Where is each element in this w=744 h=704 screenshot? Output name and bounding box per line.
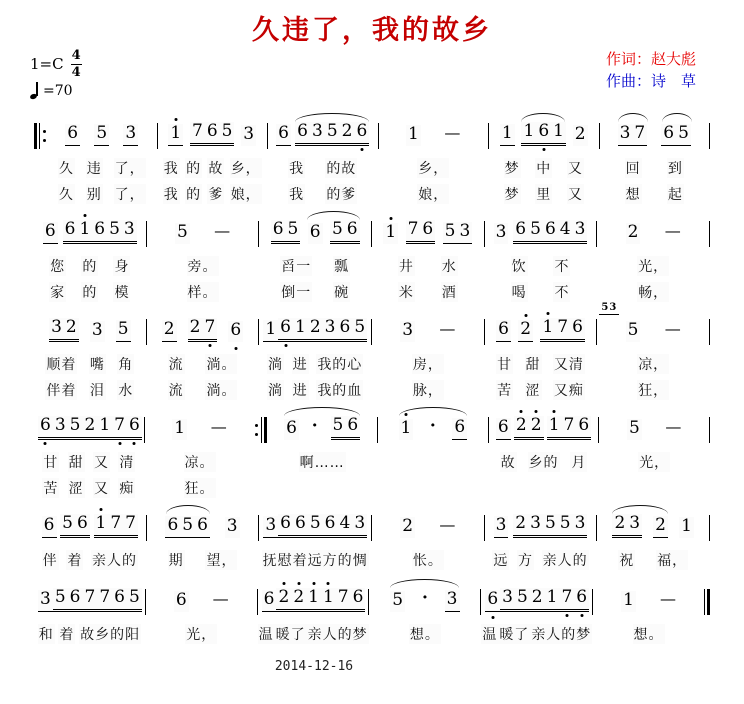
note-digit: 3 <box>500 588 515 608</box>
lyric-row: 喝不 <box>485 279 597 305</box>
lyric-row: 乡， <box>379 155 489 181</box>
note-digit: 6 <box>38 416 53 436</box>
notes-row: 6352176 <box>481 577 592 621</box>
measure: 6221176温暖了亲人的梦 <box>258 577 369 647</box>
note-digit: 1 <box>97 416 112 436</box>
note-digit: 2 <box>276 588 291 608</box>
measure: 6352176温暖了亲人的梦 <box>481 577 592 647</box>
lyric-syllable: 想 <box>625 184 642 204</box>
lyric-syllable: 嘴 <box>89 354 106 374</box>
lyric-syllable: 又清 <box>553 354 585 374</box>
notes-row: 3765 <box>600 111 710 155</box>
measure: 3—房，脉， <box>372 307 484 403</box>
lyric-row: 苦涩又痴 <box>34 475 144 501</box>
low-octave-dot <box>360 148 363 151</box>
lyric-syllable: 故 <box>207 158 224 178</box>
system: 6352176甘甜又清苦涩又痴1—凉。狂。6·56啊……1·6622176故乡的… <box>34 405 710 501</box>
note-digit: 3 <box>49 318 64 338</box>
lyric-row: 舀一瓢 <box>259 253 371 279</box>
note-group: 2 <box>518 320 533 342</box>
low-octave-dot <box>208 344 211 347</box>
note-group: 1 <box>500 124 515 146</box>
note-digit: 7 <box>123 514 138 534</box>
notes-row: 2— <box>597 209 709 253</box>
note-digit: 2 <box>308 318 323 338</box>
publish-date: 2014-12-16 <box>0 659 686 674</box>
dash-note: — <box>213 591 229 607</box>
note-digit: 6 <box>278 318 293 338</box>
lyric-syllable: 爹 <box>207 184 224 204</box>
lyric-syllable: 梦 <box>504 184 521 204</box>
lyric-row: 我的故乡， <box>158 155 268 181</box>
lyric-syllable: 和 <box>38 624 55 644</box>
slur-arc <box>307 211 360 220</box>
note-group: 6 <box>452 418 467 440</box>
system: 661653您的身家的模5—旁。样。65656舀一瓢倒一碗17653井水米酒36… <box>34 209 710 305</box>
lyric-syllable: 进 <box>292 380 309 400</box>
notes-row: 1— <box>379 111 489 155</box>
note-group: 1 <box>168 124 183 146</box>
measure: 365643饮不喝不 <box>485 209 597 305</box>
lyric-row: 想。 <box>593 621 704 647</box>
low-octave-dot <box>491 616 494 619</box>
augmentation-dot: · <box>430 416 436 436</box>
lyric-syllable: 顺着 <box>45 354 77 374</box>
note-digit: 1 <box>172 419 187 439</box>
lyric-syllable: 的 <box>185 184 202 204</box>
note-digit: 6 <box>278 514 293 534</box>
note-digit: 6 <box>276 124 291 144</box>
lyric-syllable: 淌。 <box>205 380 237 400</box>
note-digit: 2 <box>653 516 668 536</box>
note-digit: 2 <box>64 318 79 338</box>
note-group: 352176 <box>500 588 589 612</box>
high-octave-dot <box>546 312 549 315</box>
note-group: 63526 <box>295 122 369 146</box>
lyric-syllable: 畅， <box>637 282 669 302</box>
note-digit: 6 <box>351 588 366 608</box>
lyric-syllable: 碗 <box>333 282 350 302</box>
note-digit: 6 <box>63 220 78 240</box>
low-octave-dot <box>118 442 121 445</box>
composer-label: 作曲： <box>606 72 651 90</box>
note-digit: 1 <box>321 588 336 608</box>
note-digit: 5 <box>68 416 83 436</box>
note-digit: 3 <box>573 514 588 534</box>
lyric-row: 流淌。 <box>147 351 259 377</box>
note-group: 3 <box>494 223 509 244</box>
dash-note: — <box>439 517 455 533</box>
lyric-syllable: 身 <box>113 256 130 276</box>
note-digit: 6 <box>543 220 558 240</box>
lyric-row: 我的爹 <box>268 181 378 207</box>
lyric-row: 娘， <box>379 181 489 207</box>
lyric-row: 抚慰着远方的惆 <box>259 547 371 573</box>
lyric-syllable: 模 <box>113 282 130 302</box>
measure: 1612365淌进我的心淌进我的血 <box>259 307 371 403</box>
lyric-syllable: 凉， <box>637 354 669 374</box>
notes-row: 1— <box>593 577 704 621</box>
note-digit: 5 <box>626 321 641 341</box>
lyric-syllable: 流 <box>168 354 185 374</box>
lyric-syllable: 的 <box>81 282 98 302</box>
lyric-syllable: 脉， <box>412 380 444 400</box>
note-group: 1 <box>406 125 421 146</box>
note-digit: 3 <box>400 321 415 341</box>
note-digit: 3 <box>123 124 138 144</box>
note-digit: 2 <box>518 320 533 340</box>
note-digit: 3 <box>90 321 105 341</box>
note-group: 56 <box>330 220 360 244</box>
measure: 5—光， <box>599 405 709 501</box>
note-digit: 3 <box>445 590 460 610</box>
lyric-syllable: 月 <box>570 452 587 472</box>
lyric-row: 想起 <box>600 181 710 207</box>
lyric-syllable: 光， <box>638 452 670 472</box>
note-group: 6 <box>496 418 511 440</box>
lyric-syllable: 温 <box>481 624 498 644</box>
measure: 62176甘甜又清苦涩又痴 <box>485 307 597 403</box>
lyric-syllable: 里 <box>535 184 552 204</box>
lyric-syllable: 久 <box>58 158 75 178</box>
end-repeat-sign <box>254 417 267 443</box>
low-octave-dot <box>284 344 287 347</box>
lyric-syllable: 清 <box>118 452 135 472</box>
lyric-row: 伴着亲人的 <box>34 547 146 573</box>
note-digit: 6 <box>92 220 107 240</box>
score: 653久违了，久别了，17653我的故乡，我的爹娘，663526我的故我的爹1—… <box>0 107 744 647</box>
note-digit: 3 <box>263 516 278 536</box>
lyric-syllable: 中 <box>535 158 552 178</box>
lyric-syllable: 了， <box>114 158 146 178</box>
note-digit: 6 <box>195 516 210 536</box>
lyric-syllable: 喝 <box>511 282 528 302</box>
note-digit: 2 <box>573 125 588 145</box>
note-digit: 2 <box>400 517 415 537</box>
lyric-syllable: 水 <box>117 380 134 400</box>
note-digit: 5 <box>390 591 405 611</box>
note-group: 6 <box>174 591 189 612</box>
measure: 1·6 <box>378 405 488 501</box>
lyric-syllable: 我的血 <box>316 380 363 400</box>
note-digit: 2 <box>162 320 177 340</box>
lyric-syllable: 瓢 <box>333 256 350 276</box>
note-group: 76 <box>406 220 436 244</box>
note-digit: 2 <box>82 416 97 436</box>
lyric-row: 样。 <box>147 279 259 305</box>
key-signature-block: 1=C 4 4 =70 <box>30 49 82 99</box>
lyric-row: 啊…… <box>267 449 377 475</box>
lyric-row: 井水 <box>372 253 484 279</box>
lyric-syllable: 舀一 <box>280 256 312 276</box>
note-digit: 7 <box>336 588 351 608</box>
note-digit: 1 <box>545 588 560 608</box>
note-digit: 3 <box>241 125 256 145</box>
lyric-row: 伴着泪水 <box>34 377 146 403</box>
note-group: 765 <box>190 122 234 146</box>
slur-arc <box>612 505 668 514</box>
lyric-row: 我的爹娘， <box>158 181 268 207</box>
lyric-syllable: 狂。 <box>184 478 216 498</box>
note-digit: 5 <box>116 320 131 340</box>
note-digit: 6 <box>174 591 189 611</box>
system: 653久违了，久别了，17653我的故乡，我的爹娘，663526我的故我的爹1—… <box>34 111 710 207</box>
note-digit: 5 <box>325 122 340 142</box>
note-group: 2 <box>162 320 177 342</box>
note-group: 656 <box>165 516 209 538</box>
lyric-row: 房， <box>372 351 484 377</box>
measure: 2—光，畅， <box>597 209 709 305</box>
lyric-row: 期望， <box>147 547 259 573</box>
note-digit: 6 <box>293 514 308 534</box>
note-digit: 2 <box>188 318 203 338</box>
lyric-row: 家的模 <box>34 279 146 305</box>
lyric-row: 凉。 <box>145 449 255 475</box>
note-group: 6 <box>276 124 291 146</box>
key-signature: 1=C <box>30 55 64 73</box>
composer-line: 作曲：诗 草 <box>606 71 696 93</box>
note-digit: 3 <box>352 514 367 534</box>
measure: 661653您的身家的模 <box>34 209 146 305</box>
high-octave-dot <box>389 217 392 220</box>
note-group: 177 <box>94 514 138 538</box>
note-digit: 1 <box>521 122 536 142</box>
measure: 663526我的故我的爹 <box>268 111 378 207</box>
lyric-syllable: 又 <box>93 478 110 498</box>
lyric-syllable: 又痴 <box>553 380 585 400</box>
note-digit: 1 <box>547 416 562 436</box>
note-digit: 1 <box>551 122 566 142</box>
note-group: 3 <box>38 590 53 612</box>
lyric-syllable: 期 <box>168 550 185 570</box>
notes-row: 6352176 <box>34 405 144 449</box>
lyric-syllable: 乡的 <box>528 452 560 472</box>
lyric-syllable: 暖了 <box>275 624 307 644</box>
measure: 5—53凉，狂， <box>597 307 709 403</box>
note-digit: 1 <box>263 320 278 340</box>
notes-row: 65656 <box>259 209 371 253</box>
lyric-syllable: 怅。 <box>412 550 444 570</box>
note-digit: 6 <box>570 318 585 338</box>
dash-note: — <box>660 591 676 607</box>
note-group: 6 <box>262 590 277 612</box>
note-digit: 3 <box>494 516 509 536</box>
lyric-syllable: 福， <box>656 550 688 570</box>
grace-notes: 53 <box>599 302 619 315</box>
note-digit: 3 <box>528 514 543 534</box>
lyric-row: 怅。 <box>372 547 484 573</box>
lyric-syllable: 暖了 <box>498 624 530 644</box>
note-group: 56 <box>60 514 90 538</box>
notes-row: 3567765 <box>34 577 145 621</box>
note-digit: 1 <box>94 514 109 534</box>
note-digit: 3 <box>53 416 68 436</box>
measure: 3235顺着嘴角伴着泪水 <box>34 307 146 403</box>
note-group: 6 <box>284 419 299 440</box>
lyric-syllable: 娘， <box>417 184 449 204</box>
notes-row: 17653 <box>372 209 484 253</box>
sheet-music-page: 久违了，我的故乡 1=C 4 4 =70 作词：赵大彪 作曲：诗 草 <box>0 0 744 704</box>
note-group: 176 <box>547 416 591 440</box>
note-digit: 3 <box>618 124 633 144</box>
low-octave-dot <box>565 614 568 617</box>
lyric-syllable: 伴着 <box>45 380 77 400</box>
note-group: 1 <box>621 591 636 612</box>
note-digit: 6 <box>420 220 435 240</box>
notes-row: 1612365 <box>259 307 371 351</box>
high-octave-dot <box>174 118 177 121</box>
note-digit: 5 <box>627 419 642 439</box>
low-octave-dot <box>234 347 237 350</box>
measure: 65656舀一瓢倒一碗 <box>259 209 371 305</box>
dash-note: — <box>444 125 460 141</box>
note-digit: 2 <box>529 416 544 436</box>
notes-row: 365643 <box>485 209 597 253</box>
lyric-syllable: 淌。 <box>205 354 237 374</box>
lyricist-label: 作词： <box>606 50 651 68</box>
note-group: 53 <box>443 222 473 244</box>
lyric-syllable: 伴 <box>42 550 59 570</box>
note-digit: 1 <box>168 124 183 144</box>
high-octave-dot <box>297 582 300 585</box>
low-octave-dot <box>542 148 545 151</box>
note-group: 1 <box>172 419 187 440</box>
note-group: 5 <box>94 124 109 146</box>
notes-row: 11612 <box>489 111 599 155</box>
dash-note: — <box>211 419 227 435</box>
note-digit: 1 <box>77 220 92 240</box>
note-digit: 5 <box>515 588 530 608</box>
dash-note: — <box>665 223 681 239</box>
note-digit: 6 <box>284 419 299 439</box>
notes-row: 656177 <box>34 503 146 547</box>
lyric-row <box>378 475 488 501</box>
dash-note: — <box>665 321 681 337</box>
notes-row: 2— <box>372 503 484 547</box>
lyric-syllable: 倒一 <box>280 282 312 302</box>
final-barline <box>704 589 710 615</box>
note-digit: 5 <box>443 222 458 242</box>
note-group: 6 <box>485 590 500 612</box>
high-octave-dot <box>312 582 315 585</box>
lyric-syllable: 亲人的梦 <box>530 624 592 644</box>
system: 3235顺着嘴角伴着泪水2276流淌。流淌。1612365淌进我的心淌进我的血3… <box>34 307 710 403</box>
augmentation-dot: · <box>422 588 428 608</box>
note-digit: 1 <box>679 517 694 537</box>
system: 656177伴着亲人的6563期望，3665643抚慰着远方的惆2—怅。3235… <box>34 503 710 573</box>
lyric-row: 狂， <box>597 377 709 403</box>
note-digit: 6 <box>323 514 338 534</box>
lyric-syllable: 苦 <box>496 380 513 400</box>
note-group: 3 <box>225 517 240 538</box>
lyric-syllable: 着 <box>66 550 83 570</box>
note-digit: 3 <box>122 220 137 240</box>
barline <box>709 515 710 541</box>
note-group: 65 <box>271 220 301 244</box>
note-digit: 6 <box>42 516 57 536</box>
note-digit: 5 <box>60 514 75 534</box>
measure: 2321祝福， <box>597 503 709 573</box>
high-octave-dot <box>327 582 330 585</box>
note-group: 3 <box>263 516 278 538</box>
lyric-row: 故乡的月 <box>489 449 599 475</box>
lyric-syllable: 违 <box>86 158 103 178</box>
notes-row: 622176 <box>489 405 599 449</box>
lyric-syllable: 泪 <box>89 380 106 400</box>
note-digit: 6 <box>75 514 90 534</box>
lyric-row: 倒一碗 <box>259 279 371 305</box>
measure: 622176故乡的月 <box>489 405 599 501</box>
lyric-syllable: 淌 <box>267 380 284 400</box>
note-digit: 6 <box>112 588 127 608</box>
lyric-syllable: 望， <box>205 550 237 570</box>
lyric-syllable: 方 <box>517 550 534 570</box>
lyric-syllable: 我 <box>163 158 180 178</box>
lyric-row: 祝福， <box>597 547 709 573</box>
lyric-syllable: 甘 <box>42 452 59 472</box>
lyric-row <box>378 449 488 475</box>
lyric-syllable: 远 <box>492 550 509 570</box>
note-digit: 6 <box>262 590 277 610</box>
note-group: 56 <box>331 416 361 440</box>
measure: 2276流淌。流淌。 <box>147 307 259 403</box>
lyric-syllable: 又 <box>567 184 584 204</box>
lyric-syllable: 别 <box>86 184 103 204</box>
note-digit: 6 <box>574 588 589 608</box>
lyric-row: 想。 <box>369 621 480 647</box>
note-digit: 1 <box>621 591 636 611</box>
note-digit: 1 <box>500 124 515 144</box>
notes-row: 1·6 <box>378 405 488 449</box>
lyric-syllable: 痴 <box>118 478 135 498</box>
lyric-syllable: 样。 <box>187 282 219 302</box>
note-digit: 5 <box>107 220 122 240</box>
lyric-row: 温暖了亲人的梦 <box>258 621 369 647</box>
note-digit: 2 <box>291 588 306 608</box>
note-digit: 5 <box>127 588 142 608</box>
note-digit: 5 <box>331 416 346 436</box>
note-digit: 2 <box>626 223 641 243</box>
lyric-row: 光， <box>146 621 257 647</box>
note-digit: 6 <box>127 416 142 436</box>
lyric-syllable: 流 <box>168 380 185 400</box>
lyric-syllable: 凉。 <box>184 452 216 472</box>
note-group: 1 <box>679 517 694 538</box>
notes-row: 62176 <box>485 307 597 351</box>
note-digit: 4 <box>558 220 573 240</box>
note-digit: 7 <box>559 588 574 608</box>
lyric-syllable: 涩 <box>525 380 542 400</box>
high-octave-dot <box>83 214 86 217</box>
note-group: 5 <box>175 223 190 244</box>
note-group: 2 <box>573 125 588 146</box>
note-digit: 6 <box>354 122 369 142</box>
lyric-row: 远方亲人的 <box>485 547 597 573</box>
lyric-row: 回到 <box>600 155 710 181</box>
high-octave-dot <box>553 410 556 413</box>
note-digit: 3 <box>573 220 588 240</box>
note-digit: 2 <box>514 416 529 436</box>
note-group: 6 <box>43 222 58 244</box>
lyric-row <box>267 475 377 501</box>
measure: 323553远方亲人的 <box>485 503 597 573</box>
note-digit: 7 <box>632 124 647 144</box>
lyric-syllable: 了， <box>114 184 146 204</box>
note-digit: 6 <box>661 124 676 144</box>
tempo-mark: =70 <box>30 82 82 99</box>
lyric-syllable: 进 <box>292 354 309 374</box>
measure: 3567765和着故乡的阳 <box>34 577 145 647</box>
